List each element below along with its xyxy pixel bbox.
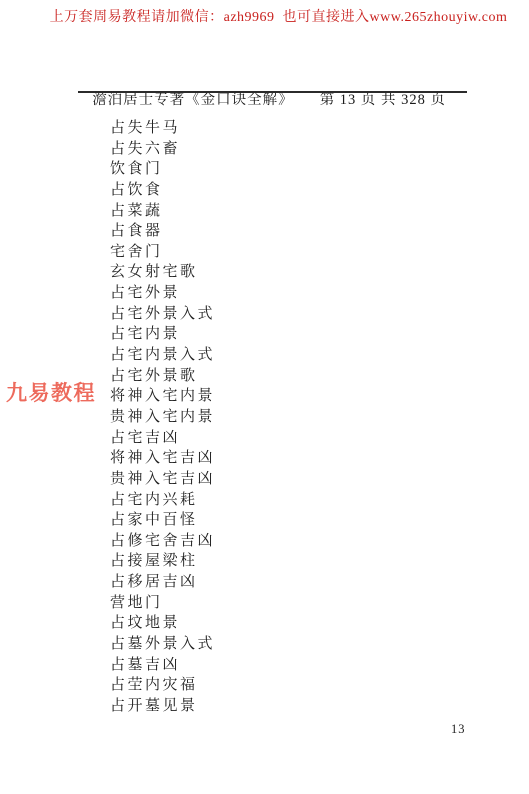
toc-item: 占宅吉凶 (110, 428, 215, 449)
document-header: 澹泊居士专著《金口诀全解》第 13 页 共 328 页 (0, 71, 529, 109)
header-divider (78, 91, 467, 93)
toc-item: 占墓外景入式 (110, 634, 215, 655)
toc-item: 占宅外景歌 (110, 366, 215, 387)
toc-item: 将神入宅吉凶 (110, 448, 215, 469)
toc-item: 占宅内景 (110, 324, 215, 345)
toc-item: 占失六畜 (110, 139, 215, 160)
toc-item: 占茔内灾福 (110, 675, 215, 696)
toc-item: 贵神入宅内景 (110, 407, 215, 428)
toc-item: 占开墓见景 (110, 696, 215, 717)
toc-item: 营地门 (110, 593, 215, 614)
toc-item: 占修宅舍吉凶 (110, 531, 215, 552)
toc-item: 占家中百怪 (110, 510, 215, 531)
toc-item: 饮食门 (110, 159, 215, 180)
toc-item: 占宅外景 (110, 283, 215, 304)
toc-item: 占接屋梁柱 (110, 551, 215, 572)
toc-item: 占菜蔬 (110, 201, 215, 222)
toc-item: 占食器 (110, 221, 215, 242)
promo-notice: 上万套周易教程请加微信：azh9969 也可直接进入www.265zhouyiw… (0, 6, 529, 26)
toc-item: 占坟地景 (110, 613, 215, 634)
toc-item: 占宅内兴耗 (110, 490, 215, 511)
toc-list: 占失牛马占失六畜饮食门占饮食占菜蔬占食器宅舍门玄女射宅歌占宅外景占宅外景入式占宅… (110, 118, 215, 717)
toc-item: 占宅外景入式 (110, 304, 215, 325)
book-title: 澹泊居士专著《金口诀全解》 (92, 92, 294, 108)
toc-item: 占移居吉凶 (110, 572, 215, 593)
toc-item: 占宅内景入式 (110, 345, 215, 366)
toc-item: 占墓吉凶 (110, 655, 215, 676)
toc-item: 占失牛马 (110, 118, 215, 139)
toc-item: 玄女射宅歌 (110, 262, 215, 283)
toc-item: 宅舍门 (110, 242, 215, 263)
toc-item: 将神入宅内景 (110, 386, 215, 407)
page-count-info: 第 13 页 共 328 页 (320, 92, 446, 108)
page-number: 13 (451, 722, 466, 737)
toc-item: 贵神入宅吉凶 (110, 469, 215, 490)
toc-item: 占饮食 (110, 180, 215, 201)
watermark-text: 九易教程 (6, 377, 96, 407)
